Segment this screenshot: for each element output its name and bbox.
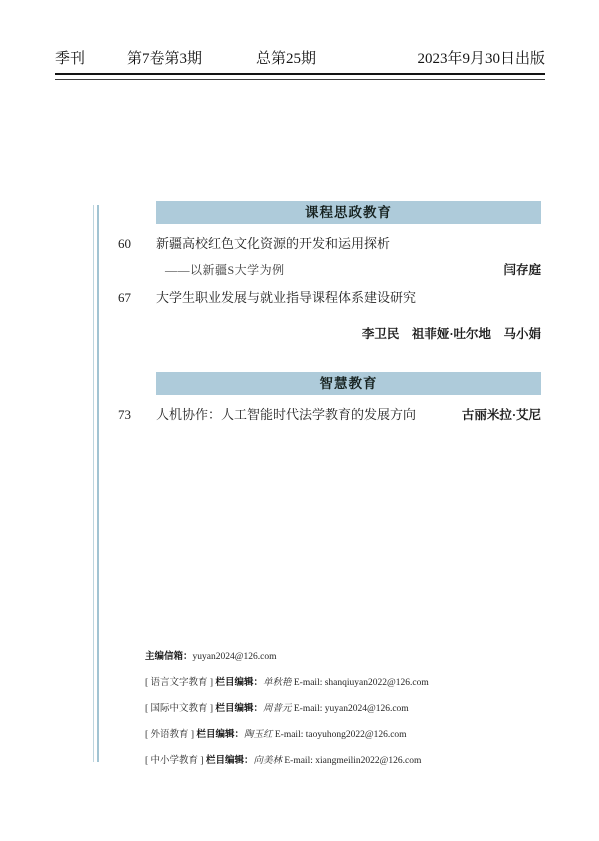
entry-page-number: 67 — [118, 288, 156, 308]
chief-editor-line: 主编信箱：yuyan2024@126.com — [145, 644, 429, 670]
column-editor-name: 陶玉红 — [244, 730, 273, 740]
column-name: [ 外语教育 ] — [145, 730, 196, 740]
editor-contacts-block: 主编信箱：yuyan2024@126.com [ 语言文字教育 ] 栏目编辑：单… — [145, 644, 429, 774]
chief-editor-label: 主编信箱： — [145, 652, 193, 662]
column-editor-label: 栏目编辑： — [196, 730, 244, 740]
column-editor-email: yuyan2024@126.com — [325, 704, 409, 714]
header-double-rule — [55, 73, 545, 80]
entry-title: 大学生职业发展与就业指导课程体系建设研究 — [156, 290, 416, 305]
column-editor-line: [ 中小学教育 ] 栏目编辑：向美林 E-mail: xiangmeilin20… — [145, 748, 429, 774]
entry-page-number: 73 — [118, 405, 156, 425]
journal-toc-page: 季刊 第7卷第3期 总第25期 2023年9月30日出版 课程思政教育 60新疆… — [0, 0, 599, 841]
volume-issue: 第7卷第3期 — [127, 47, 202, 68]
column-editor-label: 栏目编辑： — [206, 756, 254, 766]
entry-authors: 古丽米拉·艾尼 — [462, 405, 541, 425]
column-editor-line: [ 语言文字教育 ] 栏目编辑：单秋艳 E-mail: shanqiuyan20… — [145, 670, 429, 696]
toc-entry: 67大学生职业发展与就业指导课程体系建设研究 — [118, 288, 541, 308]
left-accent-line — [93, 205, 99, 762]
column-editor-name: 向美林 — [253, 756, 282, 766]
journal-masthead: 季刊 第7卷第3期 总第25期 2023年9月30日出版 — [55, 47, 545, 67]
column-editor-label: 栏目编辑： — [215, 678, 263, 688]
entry-authors: 李卫民 祖菲娅·吐尔地 马小娟 — [362, 327, 541, 341]
column-name: [ 语言文字教育 ] — [145, 678, 215, 688]
column-editor-name: 周普元 — [263, 704, 292, 714]
total-issue: 总第25期 — [256, 47, 316, 68]
column-editor-email: taoyuhong2022@126.com — [306, 730, 407, 740]
column-editor-line: [ 外语教育 ] 栏目编辑：陶玉红 E-mail: taoyuhong2022@… — [145, 722, 429, 748]
column-name: [ 国际中文教育 ] — [145, 704, 215, 714]
section-banner-course-ideology: 课程思政教育 — [156, 201, 541, 224]
publication-frequency: 季刊 — [55, 47, 85, 68]
toc-entry-authors-row: 李卫民 祖菲娅·吐尔地 马小娟 — [118, 324, 541, 344]
entry-subtitle: ——以新疆S大学为例 — [165, 263, 285, 277]
entry-title: 人机协作：人工智能时代法学教育的发展方向 — [156, 407, 416, 422]
chief-editor-email: yuyan2024@126.com — [193, 652, 277, 662]
entry-authors: 闫存庭 — [503, 260, 541, 280]
column-name: [ 中小学教育 ] — [145, 756, 206, 766]
entry-page-number: 60 — [118, 234, 156, 254]
column-editor-name: 单秋艳 — [263, 678, 292, 688]
toc-entry: 古丽米拉·艾尼 73人机协作：人工智能时代法学教育的发展方向 — [118, 405, 541, 425]
publish-date: 2023年9月30日出版 — [417, 47, 545, 68]
column-editor-email: shanqiuyan2022@126.com — [325, 678, 429, 688]
column-editor-label: 栏目编辑： — [215, 704, 263, 714]
email-label: E-mail: — [291, 704, 324, 714]
section-banner-smart-education: 智慧教育 — [156, 372, 541, 395]
email-label: E-mail: — [291, 678, 324, 688]
email-label: E-mail: — [272, 730, 305, 740]
column-editor-email: xiangmeilin2022@126.com — [315, 756, 421, 766]
toc-entry-subtitle-row: 闫存庭 ——以新疆S大学为例 — [118, 260, 541, 280]
entry-title: 新疆高校红色文化资源的开发和运用探析 — [156, 236, 390, 251]
column-editor-line: [ 国际中文教育 ] 栏目编辑：周普元 E-mail: yuyan2024@12… — [145, 696, 429, 722]
email-label: E-mail: — [282, 756, 315, 766]
toc-entry: 60新疆高校红色文化资源的开发和运用探析 — [118, 234, 541, 254]
